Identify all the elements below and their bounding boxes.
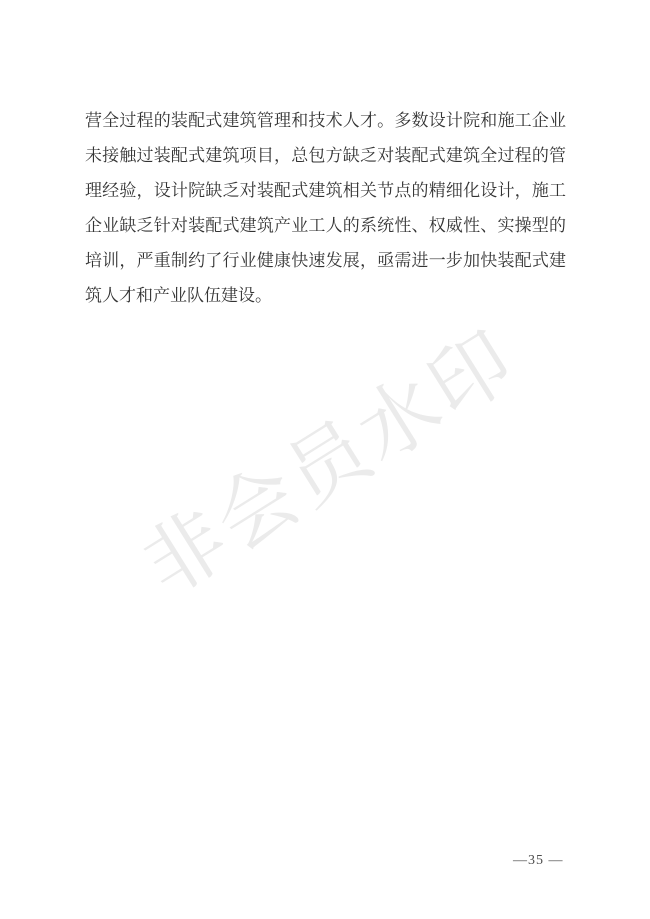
paragraph-line: 筑人才和产业队伍建设。	[85, 278, 566, 313]
paragraph-line: 企业缺乏针对装配式建筑产业工人的系统性、权威性、实操型的	[85, 208, 566, 243]
paragraph-line: 理经验，设计院缺乏对装配式建筑相关节点的精细化设计，施工	[85, 173, 566, 208]
paragraph-line: 培训，严重制约了行业健康快速发展，亟需进一步加快装配式建	[85, 243, 566, 278]
paragraph-line: 营全过程的装配式建筑管理和技术人才。多数设计院和施工企业	[85, 103, 566, 138]
document-page: 营全过程的装配式建筑管理和技术人才。多数设计院和施工企业 未接触过装配式建筑项目…	[0, 0, 650, 919]
paragraph: 营全过程的装配式建筑管理和技术人才。多数设计院和施工企业 未接触过装配式建筑项目…	[85, 103, 566, 313]
paragraph-line: 未接触过装配式建筑项目，总包方缺乏对装配式建筑全过程的管	[85, 138, 566, 173]
page-number: —35 —	[513, 853, 564, 869]
watermark-text: 非会员水印	[131, 318, 530, 608]
